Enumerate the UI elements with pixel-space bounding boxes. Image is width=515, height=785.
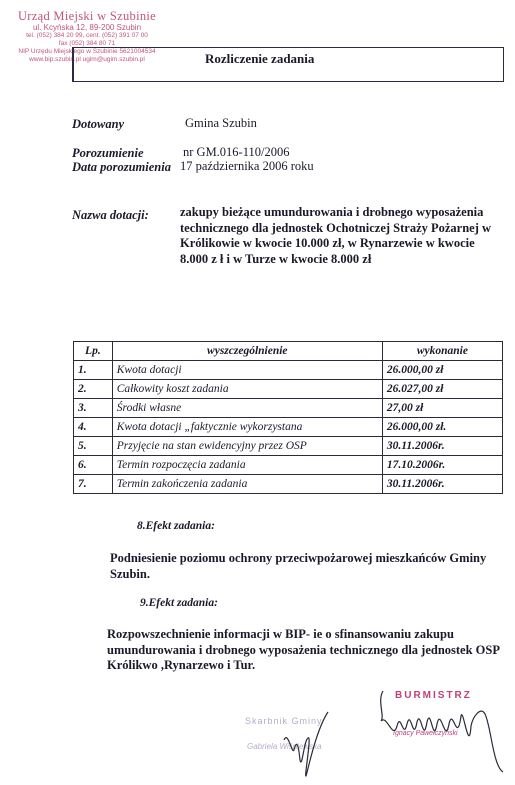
row-description: Przyjęcie na stan ewidencyjny przez OSP [112, 437, 382, 456]
stamp-address: ul. Kcyńska 12, 89-200 Szubin [8, 23, 166, 32]
data-porozumienia-value: 17 października 2006 roku [180, 159, 314, 174]
col-header-description: wyszczególnienie [112, 342, 382, 361]
treasurer-signature [282, 710, 332, 780]
table-row: 3.Środki własne27,00 zł [74, 399, 503, 418]
row-description: Termin rozpoczęcia zadania [112, 456, 382, 475]
row-description: Kwota dotacji [112, 361, 382, 380]
section-8-heading: 8.Efekt zadania: [137, 520, 215, 532]
row-description: Całkowity koszt zadania [112, 380, 382, 399]
table-row: 1.Kwota dotacji26.000,00 zł [74, 361, 503, 380]
settlement-table: Lp. wyszczególnienie wykonanie 1.Kwota d… [73, 341, 503, 494]
row-value: 27,00 zł [382, 399, 502, 418]
nazwa-dotacji-value: zakupy bieżące umundurowania i drobnego … [180, 205, 500, 267]
stamp-phone: tel. (052) 384 20 99, cent. (052) 391 07… [8, 32, 166, 40]
row-value: 30.11.2006r. [382, 437, 502, 456]
data-porozumienia-label: Data porozumienia [72, 160, 171, 175]
porozumienie-value: nr GM.016-110/2006 [183, 145, 289, 160]
mayor-signature [373, 686, 508, 776]
row-value: 26.000,00 zł. [382, 418, 502, 437]
table-row: 4.Kwota dotacji „faktycznie wykorzystana… [74, 418, 503, 437]
table-row: 7.Termin zakończenia zadania30.11.2006r. [74, 475, 503, 494]
nazwa-dotacji-label: Nazwa dotacji: [72, 208, 149, 223]
table-row: 5.Przyjęcie na stan ewidencyjny przez OS… [74, 437, 503, 456]
row-value: 26.027,00 zł [382, 380, 502, 399]
row-description: Kwota dotacji „faktycznie wykorzystana [112, 418, 382, 437]
row-number: 1. [74, 361, 113, 380]
row-value: 30.11.2006r. [382, 475, 502, 494]
row-description: Termin zakończenia zadania [112, 475, 382, 494]
table-row: 6.Termin rozpoczęcia zadania17.10.2006r. [74, 456, 503, 475]
row-description: Środki własne [112, 399, 382, 418]
row-number: 3. [74, 399, 113, 418]
porozumienie-label: Porozumienie [72, 146, 144, 161]
table-header-row: Lp. wyszczególnienie wykonanie [74, 342, 503, 361]
section-9-text: Rozpowszechnienie informacji w BIP- ie o… [107, 627, 512, 674]
dotowany-value: Gmina Szubin [185, 116, 257, 131]
section-9-heading: 9.Efekt zadania: [140, 597, 218, 609]
row-number: 7. [74, 475, 113, 494]
col-header-execution: wykonanie [382, 342, 502, 361]
row-number: 2. [74, 380, 113, 399]
row-value: 17.10.2006r. [382, 456, 502, 475]
stamp-title: Urząd Miejski w Szubinie [8, 10, 166, 23]
section-8-text: Podniesienie poziomu ochrony przeciwpoża… [110, 551, 490, 582]
row-number: 4. [74, 418, 113, 437]
row-number: 5. [74, 437, 113, 456]
table-row: 2.Całkowity koszt zadania26.027,00 zł [74, 380, 503, 399]
col-header-lp: Lp. [74, 342, 113, 361]
row-number: 6. [74, 456, 113, 475]
row-value: 26.000,00 zł [382, 361, 502, 380]
document-title: Rozliczenie zadania [205, 51, 314, 67]
dotowany-label: Dotowany [72, 117, 124, 132]
